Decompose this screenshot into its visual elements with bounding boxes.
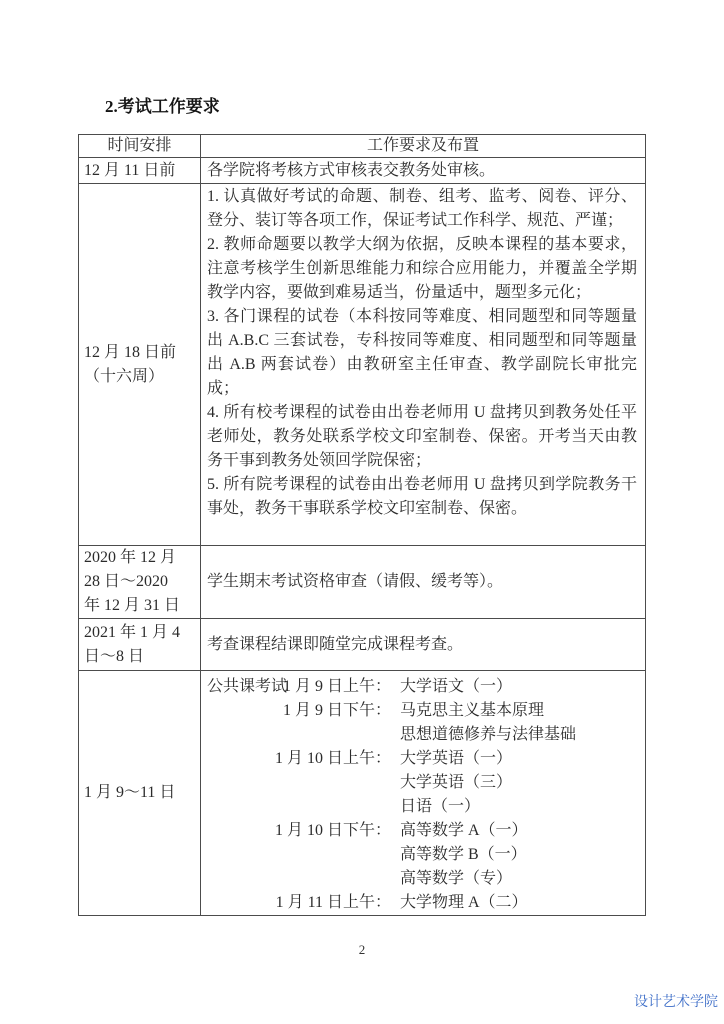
schedule-course: 高等数学 A（一） [391, 819, 528, 843]
header-cell-time: 时间安排 [79, 135, 201, 158]
schedule-line: 高等数学 B（一） [207, 843, 643, 867]
schedule-line: 大学英语（三） [207, 771, 643, 795]
schedule-course: 大学物理 A（二） [391, 891, 528, 915]
date-line: 日～8 日 [84, 645, 197, 669]
schedule-time: 1 月 10 日上午： [207, 747, 391, 771]
requirement-paragraph: 2. 教师命题要以教学大纲为依据，反映本课程的基本要求，注意考核学生创新思维能力… [207, 233, 637, 305]
schedule-time [207, 771, 391, 795]
schedule-time [207, 843, 391, 867]
schedule-course: 日语（一） [391, 795, 480, 819]
schedule-line: 高等数学（专） [207, 867, 643, 891]
date-line: 1 月 9～11 日 [84, 781, 197, 805]
requirements-cell: 各学院将考核方式审核表交教务处审核。 [201, 158, 646, 184]
schedule-course: 马克思主义基本原理 [391, 699, 544, 723]
schedule-time: 1 月 9 日下午： [207, 699, 391, 723]
schedule-course: 大学英语（三） [391, 771, 512, 795]
requirement-paragraph: 1. 认真做好考试的命题、制卷、组考、监考、阅卷、评分、登分、装订等各项工作，保… [207, 185, 637, 233]
schedule-course: 高等数学（专） [391, 867, 512, 891]
requirement-paragraph: 4. 所有校考课程的试卷由出卷老师用 U 盘拷贝到教务处任平老师处，教务处联系学… [207, 401, 637, 473]
date-line: 28 日～2020 [84, 570, 197, 594]
table-row: 12 月 11 日前 各学院将考核方式审核表交教务处审核。 [79, 158, 646, 184]
requirements-cell: 1. 认真做好考试的命题、制卷、组考、监考、阅卷、评分、登分、装订等各项工作，保… [201, 184, 646, 546]
schedule-line: 1 月 9 日下午： 马克思主义基本原理 [207, 699, 643, 723]
date-line: 2020 年 12 月 [84, 546, 197, 570]
table-header-row: 时间安排 工作要求及布置 [79, 135, 646, 158]
schedule-time: 1 月 10 日下午： [207, 819, 391, 843]
time-cell: 1 月 9～11 日 [79, 671, 201, 916]
exam-schedule-table: 时间安排 工作要求及布置 12 月 11 日前 各学院将考核方式审核表交教务处审… [78, 134, 646, 916]
requirements-cell: 考查课程结课即随堂完成课程考查。 [201, 619, 646, 671]
schedule-group-label: 公共课考试 [207, 675, 287, 699]
page-number: 2 [0, 942, 724, 958]
schedule-time [207, 867, 391, 891]
schedule-line: 1 月 10 日下午： 高等数学 A（一） [207, 819, 643, 843]
requirement-paragraph: 5. 所有院考课程的试卷由出卷老师用 U 盘拷贝到学院教务干事处，教务干事联系学… [207, 473, 637, 521]
schedule-course: 大学英语（一） [391, 747, 512, 771]
schedule-course: 思想道德修养与法律基础 [391, 723, 576, 747]
date-line: 12 月 18 日前 [84, 341, 197, 365]
time-cell: 12 月 11 日前 [79, 158, 201, 184]
date-line: 2021 年 1 月 4 [84, 621, 197, 645]
table-row: 2021 年 1 月 4 日～8 日 考查课程结课即随堂完成课程考查。 [79, 619, 646, 671]
page-title: 2.考试工作要求 [105, 92, 220, 117]
schedule-time [207, 795, 391, 819]
schedule-line: 日语（一） [207, 795, 643, 819]
schedule-course: 大学语文（一） [391, 675, 512, 699]
date-line: 年 12 月 31 日 [84, 594, 197, 618]
time-cell: 2021 年 1 月 4 日～8 日 [79, 619, 201, 671]
table-row: 1 月 9～11 日 公共课考试 1 月 9 日上午： 大学语文（一） 1 月 … [79, 671, 646, 916]
header-cell-requirements: 工作要求及布置 [201, 135, 646, 158]
time-cell: 2020 年 12 月 28 日～2020 年 12 月 31 日 [79, 546, 201, 619]
table-row: 2020 年 12 月 28 日～2020 年 12 月 31 日 学生期末考试… [79, 546, 646, 619]
requirement-paragraph: 3. 各门课程的试卷（本科按同等难度、相同题型和同等题量出 A.B.C 三套试卷… [207, 305, 637, 401]
schedule-line: 1 月 10 日上午： 大学英语（一） [207, 747, 643, 771]
time-cell: 12 月 18 日前 （十六周） [79, 184, 201, 546]
date-line: 12 月 11 日前 [84, 159, 197, 183]
schedule-line: 思想道德修养与法律基础 [207, 723, 643, 747]
requirements-cell: 学生期末考试资格审查（请假、缓考等）。 [201, 546, 646, 619]
schedule-time [207, 723, 391, 747]
date-line: （十六周） [84, 365, 197, 389]
requirements-cell: 公共课考试 1 月 9 日上午： 大学语文（一） 1 月 9 日下午： 马克思主… [201, 671, 646, 916]
footer-institution-label: 设计艺术学院 [634, 991, 718, 1011]
schedule-line: 公共课考试 1 月 9 日上午： 大学语文（一） [207, 675, 643, 699]
schedule-time: 1 月 11 日上午： [207, 891, 391, 915]
schedule-line: 1 月 11 日上午： 大学物理 A（二） [207, 891, 643, 915]
table-row: 12 月 18 日前 （十六周） 1. 认真做好考试的命题、制卷、组考、监考、阅… [79, 184, 646, 546]
schedule-course: 高等数学 B（一） [391, 843, 527, 867]
